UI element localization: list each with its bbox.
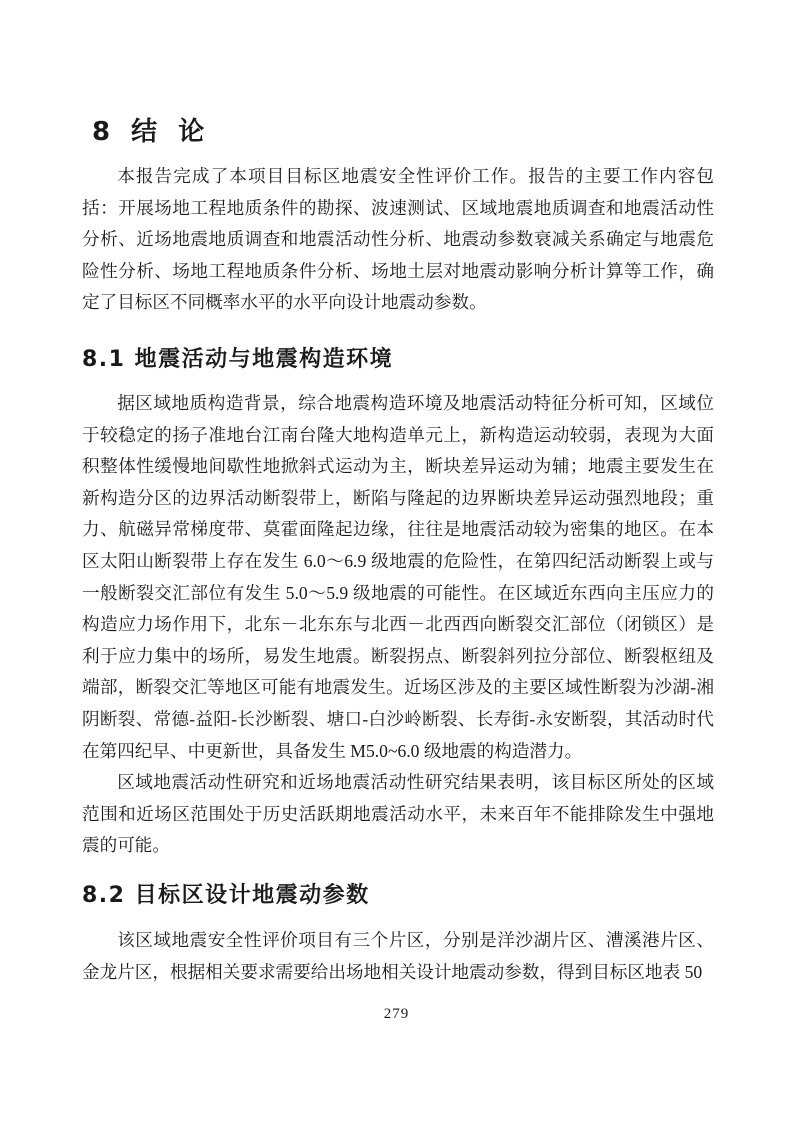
report-page: 8 结 论 本报告完成了本项目目标区地震安全性评价工作。报告的主要工作内容包括：… <box>0 0 793 1122</box>
page-number: 279 <box>0 1004 793 1024</box>
section-8-2-paragraph-1: 该区域地震安全性评价项目有三个片区，分别是洋沙湖片区、漕溪港片区、金龙片区，根据… <box>82 925 714 988</box>
chapter-intro-paragraph: 本报告完成了本项目目标区地震安全性评价工作。报告的主要工作内容包括：开展场地工程… <box>82 161 714 319</box>
section-8-1-paragraph-1: 据区域地质构造背景，综合地震构造环境及地震活动特征分析可知，区域位于较稳定的扬子… <box>82 388 714 767</box>
chapter-title: 8 结 论 <box>92 117 210 147</box>
section-8-1-body: 据区域地质构造背景，综合地震构造环境及地震活动特征分析可知，区域位于较稳定的扬子… <box>82 388 714 862</box>
section-8-1-paragraph-2: 区域地震活动性研究和近场地震活动性研究结果表明，该目标区所处的区域范围和近场区范… <box>82 767 714 862</box>
section-8-1-heading: 8.1 地震活动与地震构造环境 <box>82 346 393 374</box>
section-8-2-heading: 8.2 目标区设计地震动参数 <box>82 882 370 910</box>
section-8-2-body: 该区域地震安全性评价项目有三个片区，分别是洋沙湖片区、漕溪港片区、金龙片区，根据… <box>82 925 714 988</box>
